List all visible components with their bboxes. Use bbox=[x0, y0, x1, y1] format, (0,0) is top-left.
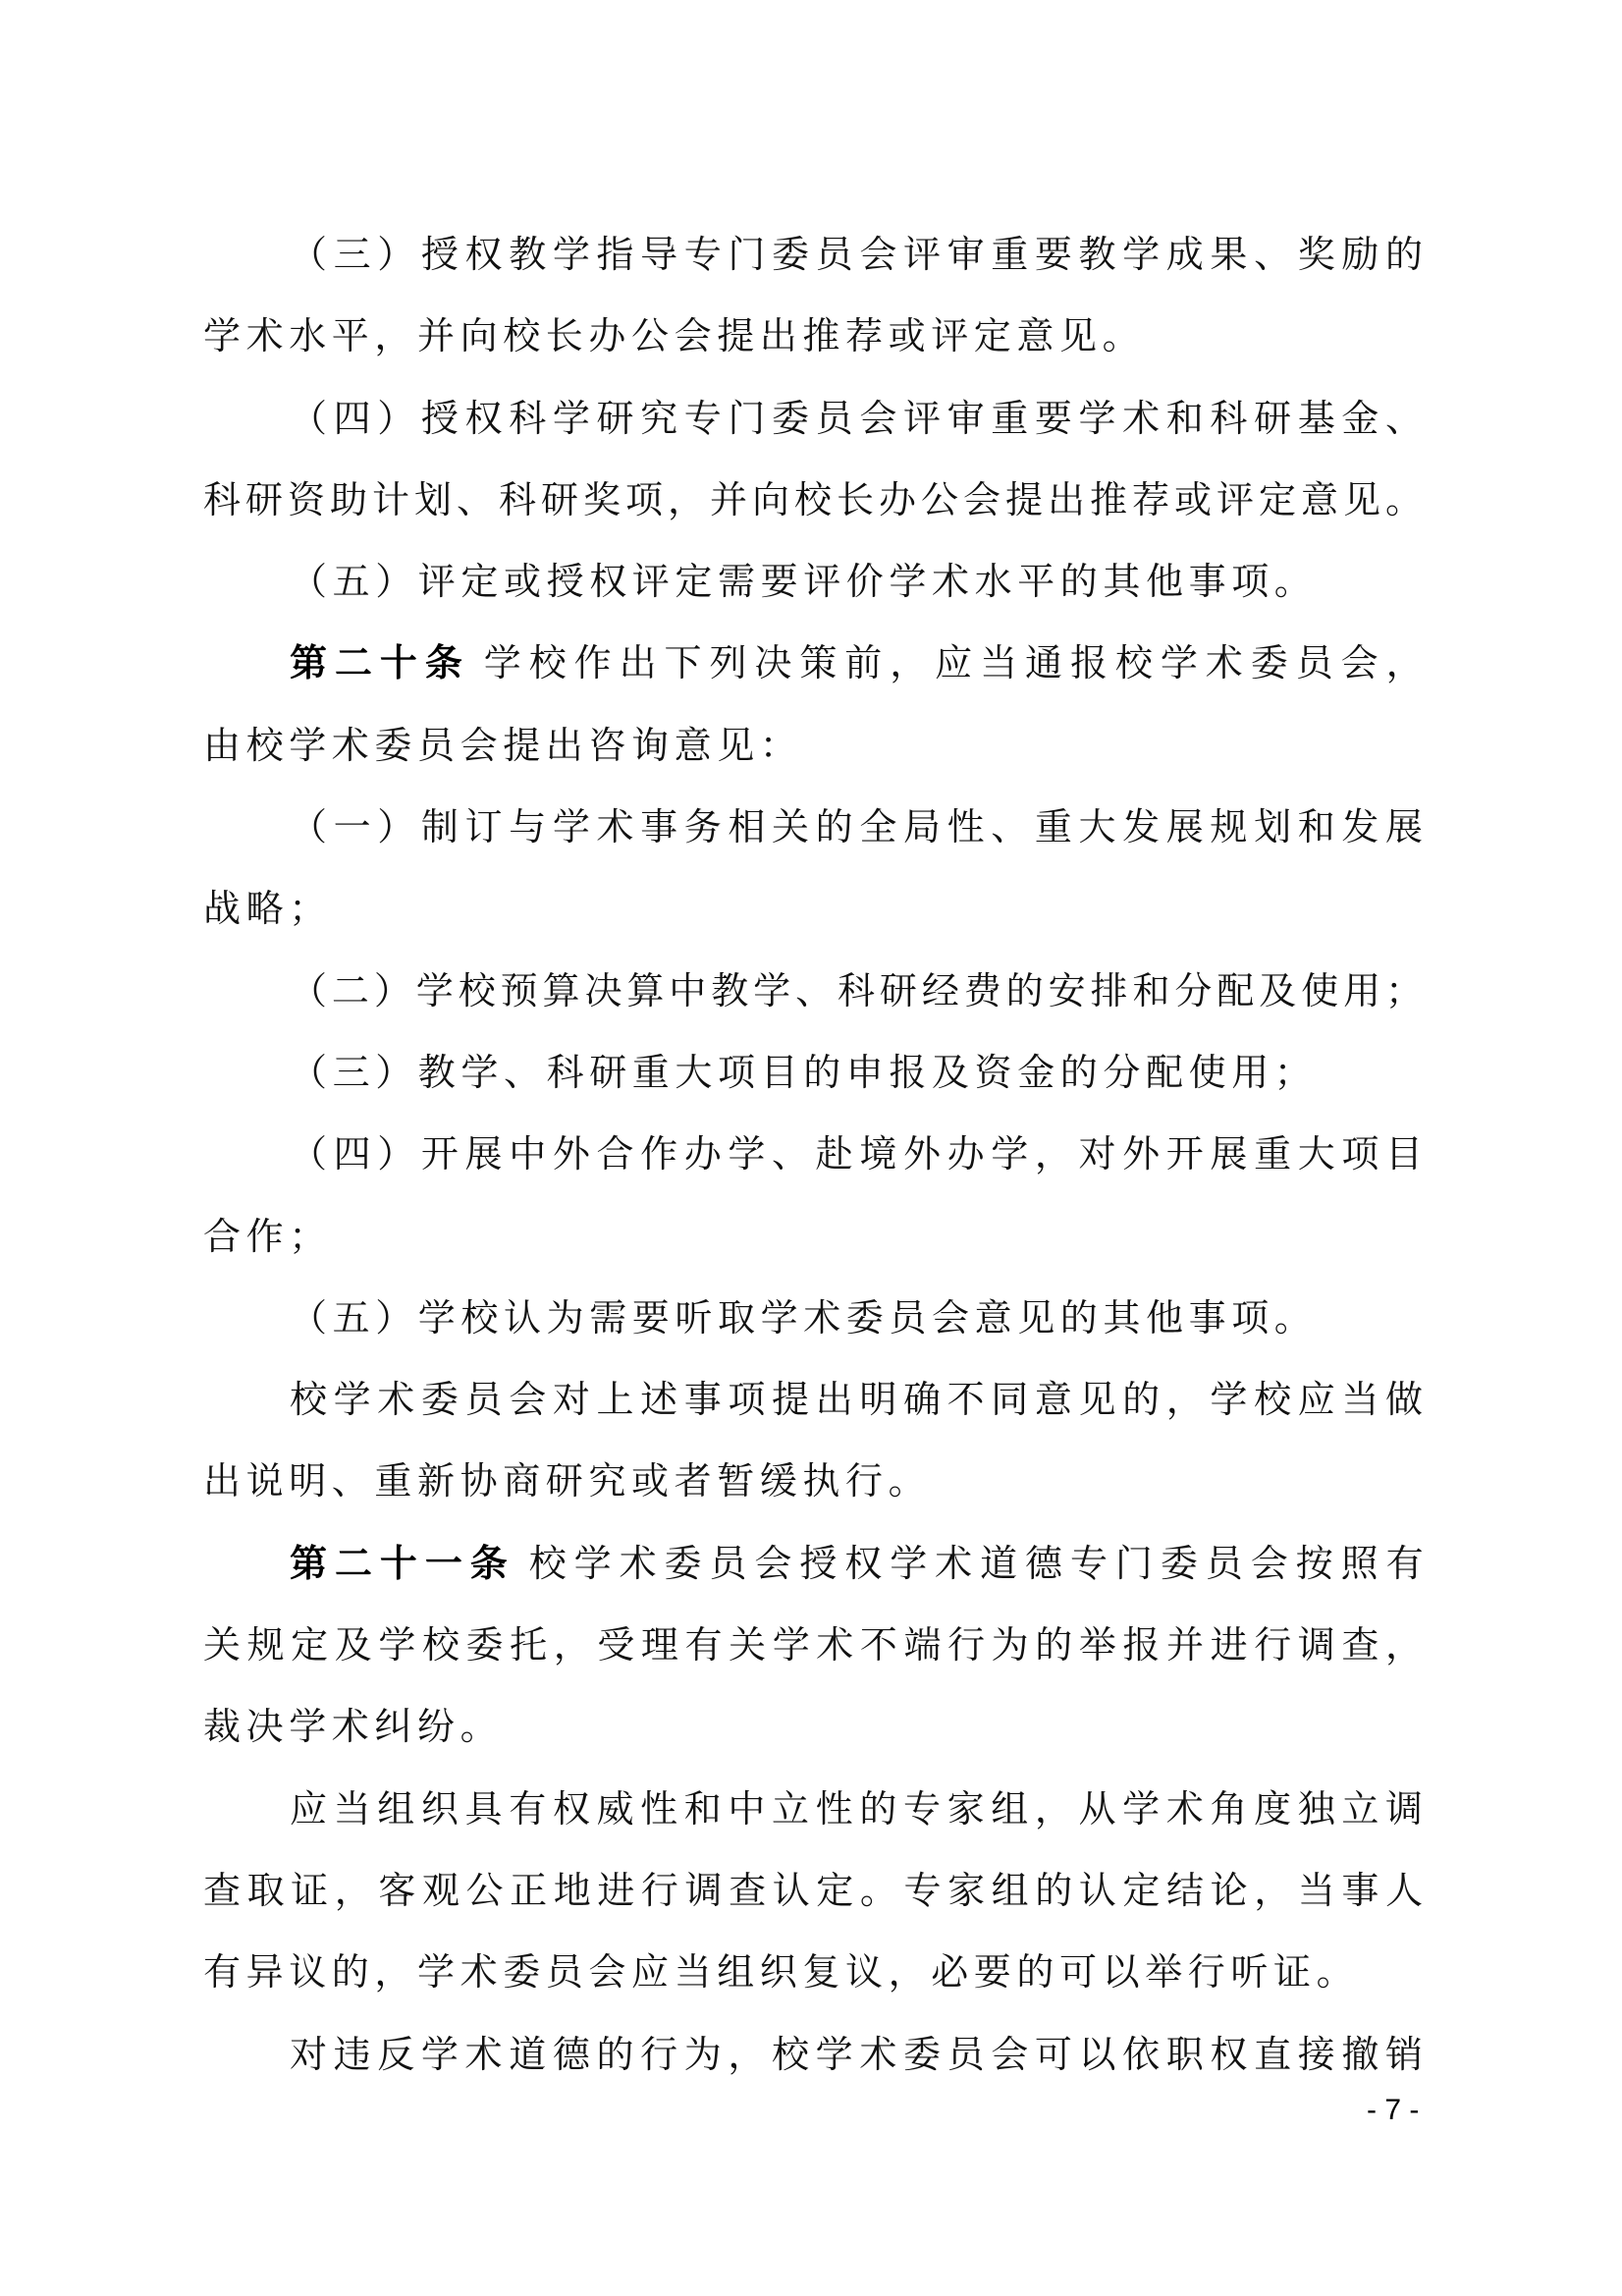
article-line: 第二十条学校作出下列决策前，应当通报校学术委员会， bbox=[203, 623, 1423, 704]
article-line: 第二十一条校学术委员会授权学术道德专门委员会按照有 bbox=[203, 1523, 1423, 1605]
line-text: 出说明、重新协商研究或者暂缓执行。 bbox=[203, 1459, 931, 1503]
document-body: （三）授权教学指导专门委员会评审重要教学成果、奖励的学术水平，并向校长办公会提出… bbox=[203, 214, 1423, 2096]
text-line: 科研资助计划、科研奖项，并向校长办公会提出推荐或评定意见。 bbox=[203, 460, 1423, 541]
text-line: 应当组织具有权威性和中立性的专家组，从学术角度独立调 bbox=[203, 1769, 1423, 1850]
text-line: 由校学术委员会提出咨询意见： bbox=[203, 705, 1423, 787]
line-text: 合作； bbox=[203, 1215, 332, 1258]
text-line: （四）授权科学研究专门委员会评审重要学术和科研基金、 bbox=[203, 378, 1423, 460]
line-text: （四）授权科学研究专门委员会评审重要学术和科研基金、 bbox=[290, 397, 1423, 440]
text-line: 裁决学术纠纷。 bbox=[203, 1686, 1423, 1768]
line-text: 校学术委员会对上述事项提出明确不同意见的，学校应当做 bbox=[290, 1378, 1423, 1421]
line-text: （一）制订与学术事务相关的全局性、重大发展规划和发展 bbox=[290, 805, 1423, 848]
text-line: （三）授权教学指导专门委员会评审重要教学成果、奖励的 bbox=[203, 214, 1423, 296]
line-text: （三）教学、科研重大项目的申报及资金的分配使用； bbox=[290, 1051, 1317, 1094]
text-line: （三）教学、科研重大项目的申报及资金的分配使用； bbox=[203, 1032, 1423, 1114]
line-text: 应当组织具有权威性和中立性的专家组，从学术角度独立调 bbox=[290, 1787, 1423, 1831]
text-line: 查取证，客观公正地进行调查认定。专家组的认定结论，当事人 bbox=[203, 1850, 1423, 1932]
line-text: 校学术委员会授权学术道德专门委员会按照有 bbox=[529, 1542, 1423, 1585]
text-line: 学术水平，并向校长办公会提出推荐或评定意见。 bbox=[203, 296, 1423, 377]
line-text: 有异议的，学术委员会应当组织复议，必要的可以举行听证。 bbox=[203, 1950, 1359, 1994]
line-text: （五）学校认为需要听取学术委员会意见的其他事项。 bbox=[290, 1296, 1317, 1339]
line-text: （二）学校预算决算中教学、科研经费的安排和分配及使用； bbox=[290, 969, 1423, 1012]
document-page: （三）授权教学指导专门委员会评审重要教学成果、奖励的学术水平，并向校长办公会提出… bbox=[0, 0, 1622, 2296]
text-line: （二）学校预算决算中教学、科研经费的安排和分配及使用； bbox=[203, 951, 1423, 1032]
line-text: 学校作出下列决策前，应当通报校学术委员会， bbox=[484, 641, 1423, 684]
line-text: 查取证，客观公正地进行调查认定。专家组的认定结论，当事人 bbox=[203, 1869, 1423, 1912]
line-text: 对违反学术道德的行为，校学术委员会可以依职权直接撤销 bbox=[290, 2033, 1423, 2076]
text-line: 关规定及学校委托，受理有关学术不端行为的举报并进行调查， bbox=[203, 1605, 1423, 1686]
line-text: （三）授权教学指导专门委员会评审重要教学成果、奖励的 bbox=[290, 233, 1423, 276]
text-line: （五）学校认为需要听取学术委员会意见的其他事项。 bbox=[203, 1278, 1423, 1359]
article-heading: 第二十一条 bbox=[290, 1542, 515, 1585]
text-line: 战略； bbox=[203, 868, 1423, 950]
text-line: （五）评定或授权评定需要评价学术水平的其他事项。 bbox=[203, 541, 1423, 623]
article-heading: 第二十条 bbox=[290, 641, 470, 684]
text-line: 合作； bbox=[203, 1196, 1423, 1278]
line-text: 裁决学术纠纷。 bbox=[203, 1705, 503, 1748]
text-line: 校学术委员会对上述事项提出明确不同意见的，学校应当做 bbox=[203, 1359, 1423, 1441]
text-line: 出说明、重新协商研究或者暂缓执行。 bbox=[203, 1441, 1423, 1522]
line-text: （四）开展中外合作办学、赴境外办学，对外开展重大项目 bbox=[290, 1132, 1423, 1175]
text-line: 有异议的，学术委员会应当组织复议，必要的可以举行听证。 bbox=[203, 1932, 1423, 2013]
line-text: 战略； bbox=[203, 887, 332, 930]
page-number: - 7 - bbox=[1367, 2094, 1419, 2127]
line-text: 学术水平，并向校长办公会提出推荐或评定意见。 bbox=[203, 314, 1145, 357]
text-line: （一）制订与学术事务相关的全局性、重大发展规划和发展 bbox=[203, 787, 1423, 868]
line-text: （五）评定或授权评定需要评价学术水平的其他事项。 bbox=[290, 560, 1317, 603]
line-text: 科研资助计划、科研奖项，并向校长办公会提出推荐或评定意见。 bbox=[203, 478, 1423, 521]
text-line: （四）开展中外合作办学、赴境外办学，对外开展重大项目 bbox=[203, 1114, 1423, 1195]
text-line: 对违反学术道德的行为，校学术委员会可以依职权直接撤销 bbox=[203, 2014, 1423, 2096]
line-text: 关规定及学校委托，受理有关学术不端行为的举报并进行调查， bbox=[203, 1623, 1423, 1667]
line-text: 由校学术委员会提出咨询意见： bbox=[203, 724, 802, 767]
